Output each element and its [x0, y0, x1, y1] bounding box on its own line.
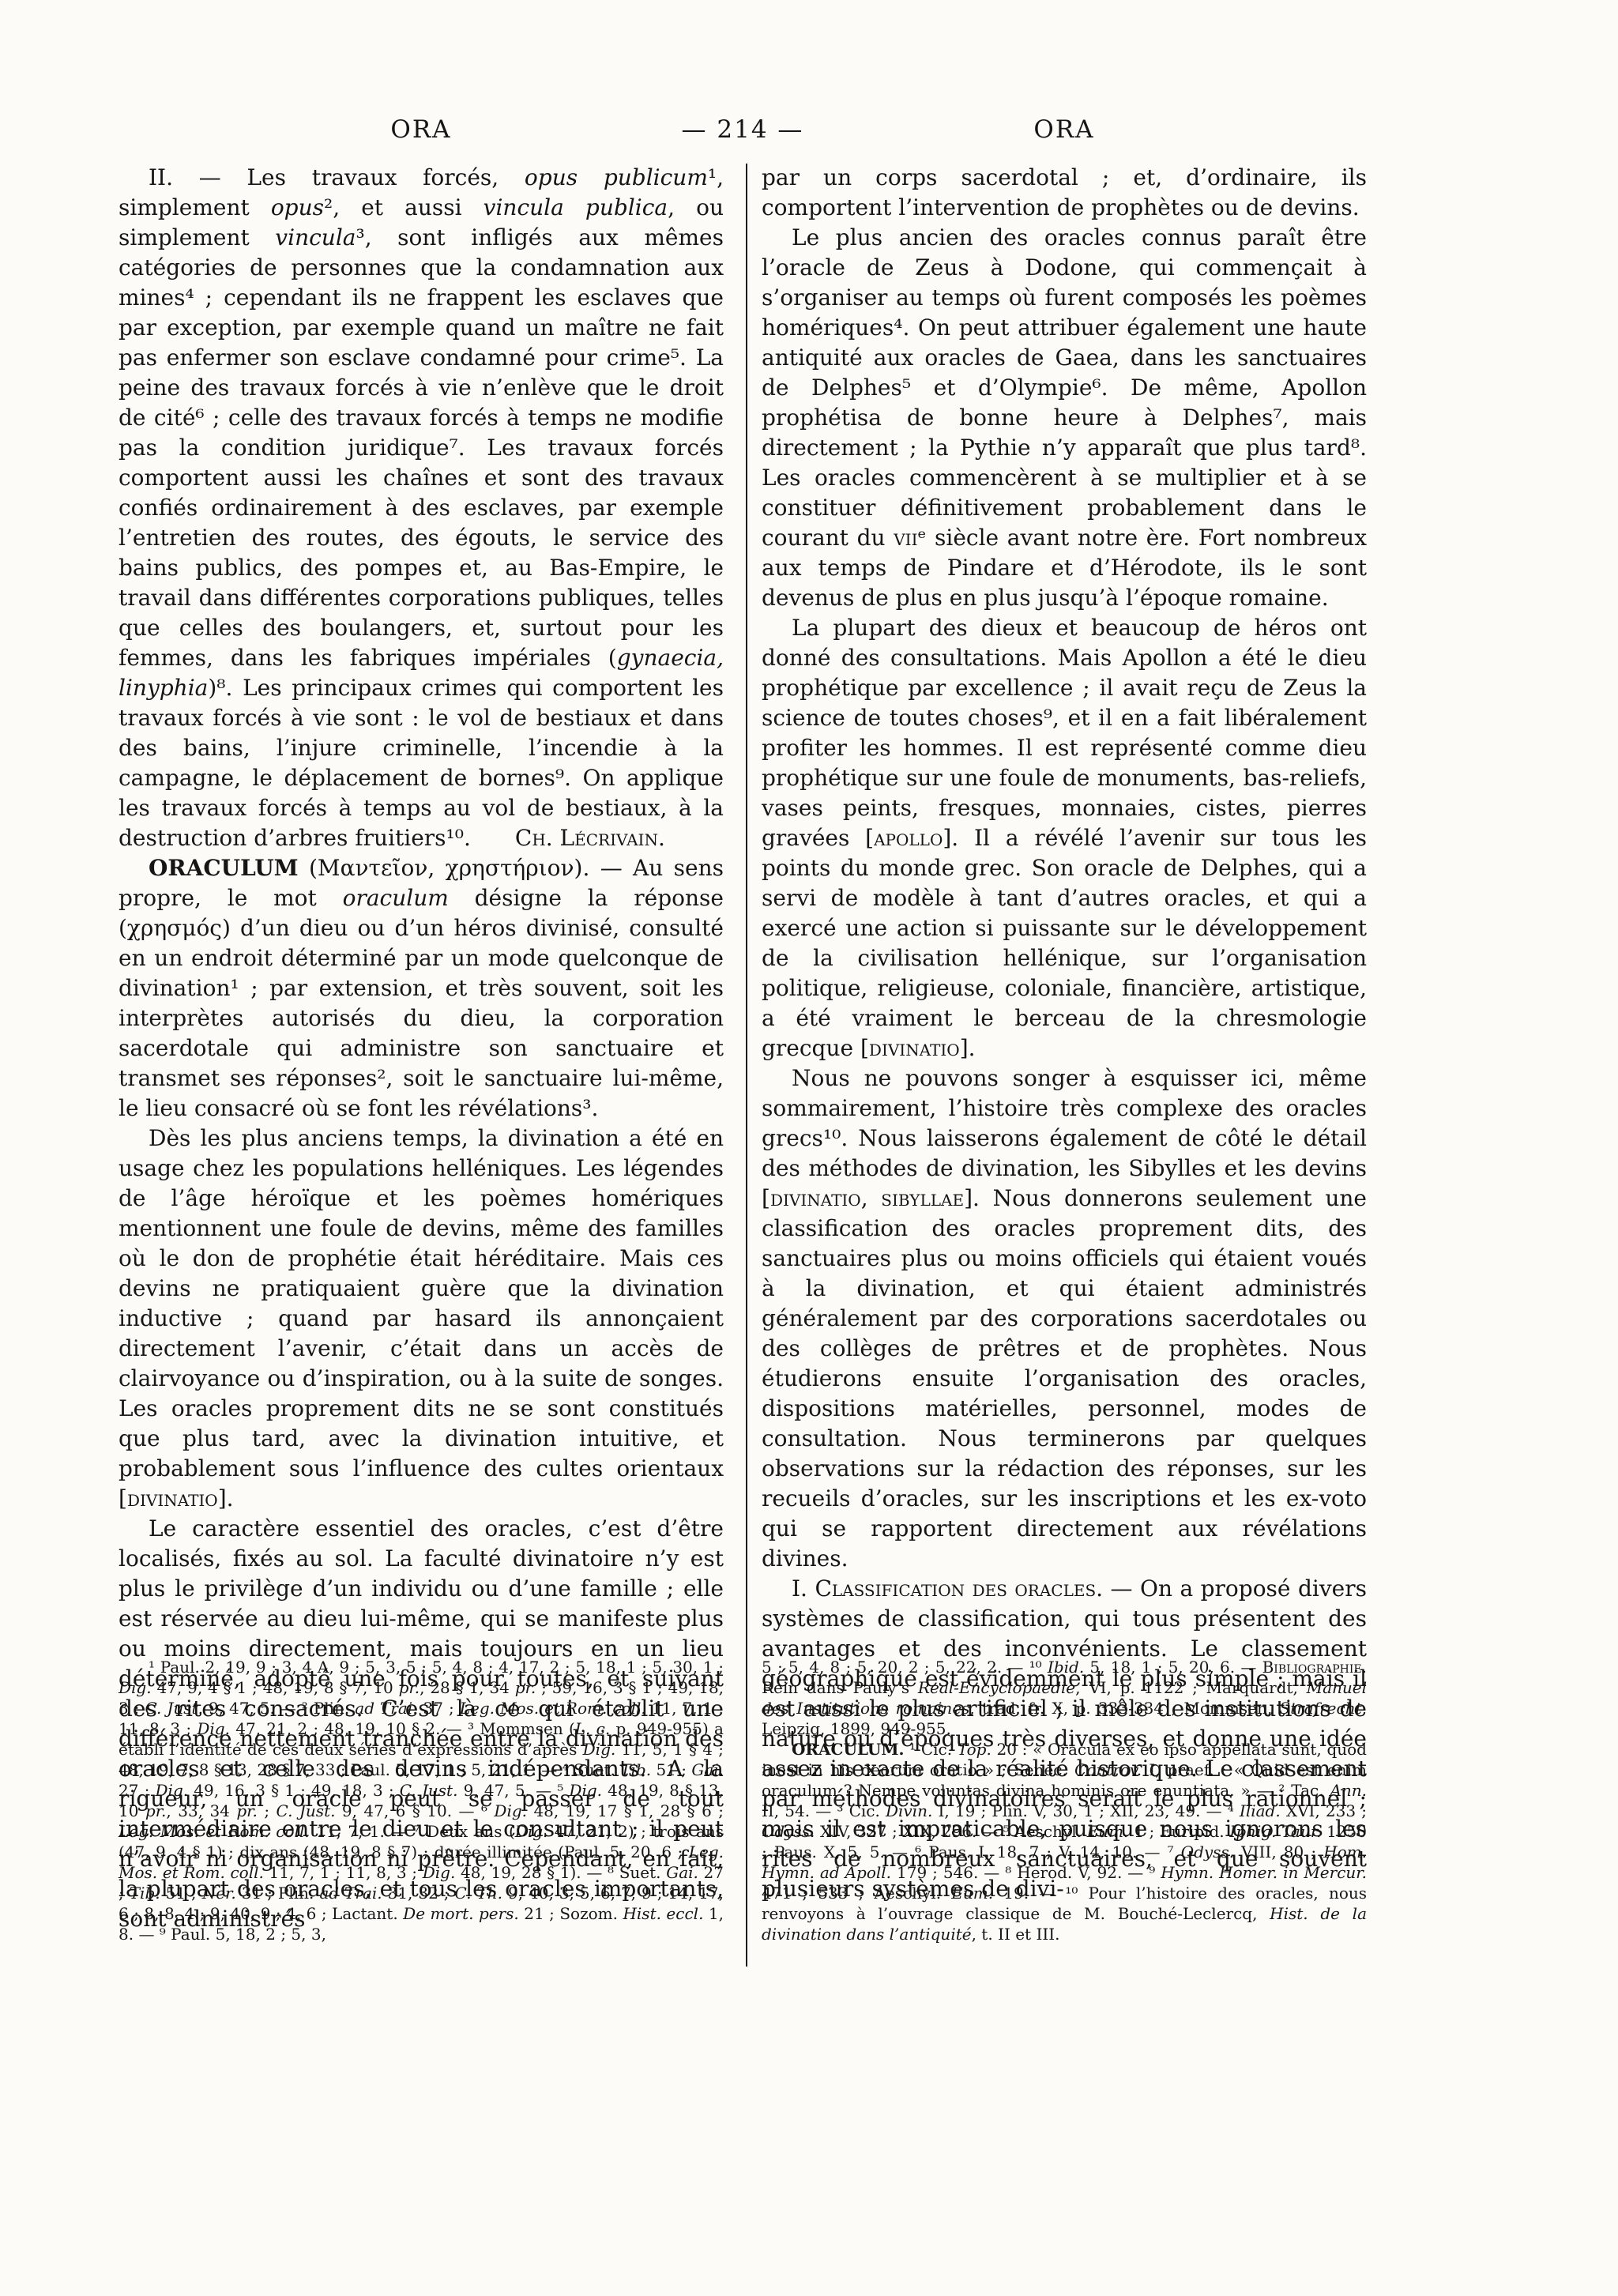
footnotes-oraculum: ORACULUM. ¹ Cic. Top. 20 : « Oracula ex … — [762, 1739, 1367, 1944]
paragraph-apollo-prophetic: La plupart des dieux et beaucoup de héro… — [762, 613, 1367, 1063]
entry-oraculum-intro: ORACULUM (Μαντεῖον, χρηστήριον). — Au se… — [119, 853, 724, 1124]
left-column-footnotes: ¹ Paul. 2, 19, 9 ; 3, 4 A, 9 ; 5, 3, 5 ;… — [119, 1657, 724, 1944]
paragraph-column-continuation: par un corps sacerdotal ; et, d’ordinair… — [762, 163, 1367, 223]
right-column-footnotes: 5 ; 5, 4, 8 ; 5, 20, 2 ; 5, 22, 2. — ¹⁰ … — [762, 1657, 1367, 1944]
running-head-right: ORA — [762, 115, 1367, 144]
paragraph-divination-origins: Dès les plus anciens temps, la divinatio… — [119, 1124, 724, 1514]
footnotes-continuation-bibliographie: 5 ; 5, 4, 8 ; 5, 20, 2 ; 5, 22, 2. — ¹⁰ … — [762, 1657, 1367, 1739]
paragraph-scope-of-article: Nous ne pouvons songer à esquisser ici, … — [762, 1063, 1367, 1574]
dictionary-page: ORA — 214 — ORA II. — Les travaux forcés… — [0, 0, 1618, 2296]
footnotes-opus-publicum: ¹ Paul. 2, 19, 9 ; 3, 4 A, 9 ; 5, 3, 5 ;… — [119, 1657, 724, 1944]
paragraph-oldest-oracles: Le plus ancien des oracles connus paraît… — [762, 223, 1367, 613]
entry-opus-publicum-continuation: II. — Les travaux forcés, opus publicum¹… — [119, 163, 724, 853]
right-column: par un corps sacerdotal ; et, d’ordinair… — [762, 163, 1367, 1904]
column-divider-rule — [746, 164, 747, 1967]
